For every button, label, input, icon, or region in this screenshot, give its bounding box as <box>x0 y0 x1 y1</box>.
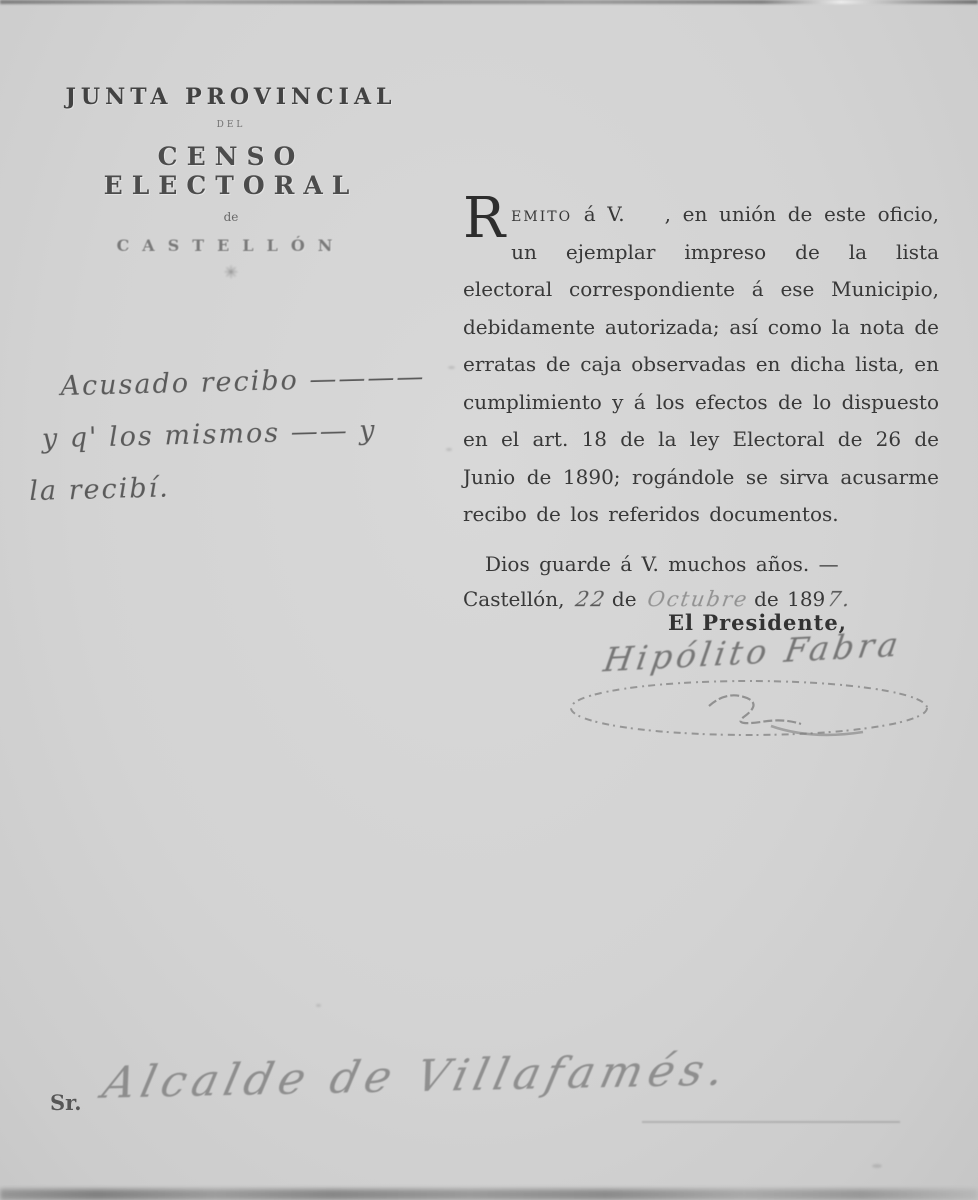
scan-artifact-bottom-edge <box>0 1189 978 1200</box>
date-day-handwritten: 22 <box>573 582 609 616</box>
letterhead-junta-provincial: JUNTA PROVINCIAL <box>36 84 426 110</box>
date-city: Castellón, <box>463 587 564 611</box>
letter-paragraph: Remito á V. , en unión de este oficio, u… <box>463 196 939 534</box>
scan-speckle <box>448 366 455 369</box>
date-year-printed: de 189 <box>754 587 825 611</box>
scan-speckle <box>446 448 452 451</box>
scan-speckle <box>872 1164 882 1168</box>
lead-word-smallcaps: emito <box>511 202 572 226</box>
handwritten-margin-note: Acusado recibo ———— y q' los mismos —— y… <box>26 351 470 518</box>
scan-artifact-top-edge <box>0 0 978 4</box>
ornament-flourish-icon: ✳ <box>36 263 426 283</box>
letterhead-censo-electoral: CENSO ELECTORAL <box>36 142 426 200</box>
signature-rubric-flourish <box>559 668 939 748</box>
signature-block: Hipólito Fabra <box>575 642 925 681</box>
margin-note-line: la recibí. <box>29 454 470 518</box>
addressee-handwritten: Alcalde de Villafamés. <box>98 1045 735 1109</box>
date-de: de <box>612 587 637 611</box>
scanned-letter-page: JUNTA PROVINCIAL DEL CENSO ELECTORAL de … <box>0 0 978 1200</box>
paragraph-text: á V. , en unión de este oficio, un ejemp… <box>463 202 939 526</box>
faint-rule-line <box>642 1121 900 1123</box>
scan-speckle <box>316 1004 321 1007</box>
valediction-line: Dios guarde á V. muchos años. — <box>463 546 939 582</box>
dropcap-initial: R <box>463 196 511 240</box>
letterhead-del: DEL <box>36 120 426 130</box>
letter-body-column: Remito á V. , en unión de este oficio, u… <box>463 196 939 616</box>
addressee-prefix: Sr. <box>50 1090 82 1115</box>
letterhead-castellon: CASTELLÓN <box>36 236 426 255</box>
letterhead: JUNTA PROVINCIAL DEL CENSO ELECTORAL de … <box>36 84 426 283</box>
letterhead-de: de <box>36 210 426 224</box>
